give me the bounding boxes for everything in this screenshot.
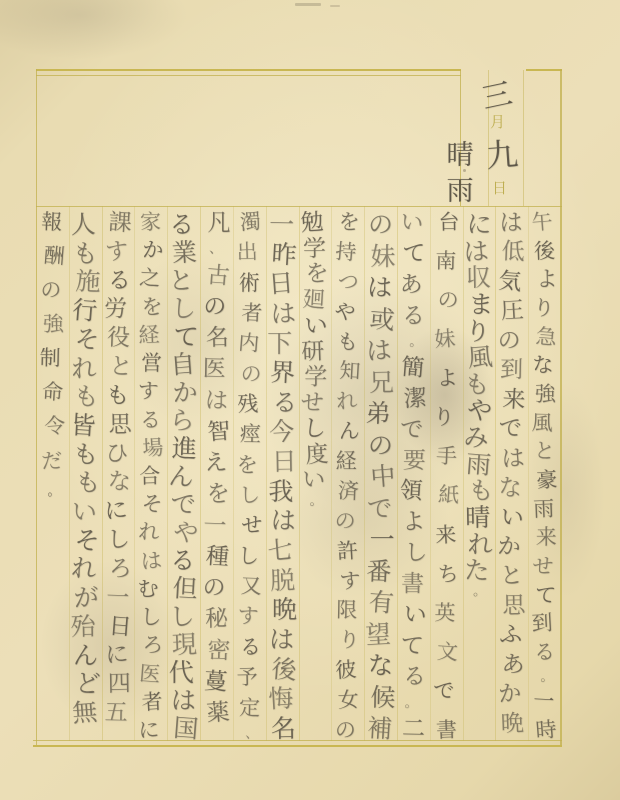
handwritten-char: そ (142, 494, 163, 515)
handwritten-char: 皆 (70, 412, 96, 438)
handwritten-char: 。 (540, 670, 553, 683)
handwriting-column-10: 濁出術者内の残痙をしせし又する予定、 (233, 212, 266, 741)
handwritten-char: い (302, 469, 325, 492)
handwritten-char: の (202, 576, 226, 600)
handwritten-char: り (433, 407, 454, 428)
handwritten-char: 智 (207, 420, 232, 445)
handwritten-char: 家 (140, 212, 161, 233)
handwritten-char: 定 (239, 697, 260, 718)
handwritten-char: い (72, 499, 97, 524)
handwriting-column-14: 課する労役とも思ひなにしろ一日に四五 (102, 212, 135, 725)
handwritten-char: 術 (239, 273, 260, 294)
handwritten-char: 下 (267, 331, 292, 356)
month-label: 月 (490, 115, 505, 130)
handwritten-char: 後 (534, 240, 556, 262)
frame-bottom-outer-line (33, 745, 562, 747)
handwritten-char: に (139, 720, 160, 741)
handwritten-char: に (466, 211, 493, 238)
handwritten-char: 台 (438, 212, 459, 233)
handwritten-char: 残 (237, 394, 258, 415)
handwritten-char: 候 (370, 684, 395, 709)
handwritten-char: す (236, 606, 259, 629)
day-label: 日 (492, 181, 507, 196)
handwritten-char: 昨 (270, 241, 296, 267)
handwritten-char: 現 (171, 632, 197, 658)
handwritten-char: 殆 (70, 614, 95, 639)
handwritten-char: 番 (366, 558, 392, 584)
handwritten-char: と (169, 268, 194, 293)
handwritten-char: し (238, 484, 261, 507)
handwritten-char: 晩 (501, 712, 525, 736)
handwritten-char: 内 (237, 333, 260, 356)
handwritten-char: 来 (536, 527, 557, 548)
handwritten-char: 後 (270, 656, 297, 683)
handwritten-char: 之 (139, 268, 161, 290)
handwritten-char: 強 (535, 384, 556, 405)
handwritten-char: 今 (268, 419, 294, 445)
handwritten-char: し (140, 607, 161, 628)
handwritten-char: つ (337, 271, 359, 293)
handwritten-char: す (138, 381, 160, 403)
handwritten-char: な (499, 477, 522, 500)
handwritten-char: は (463, 238, 489, 264)
handwritten-char: 二 (402, 718, 425, 741)
handwritten-char: 書 (435, 719, 457, 741)
handwritten-char: 弟 (365, 401, 390, 426)
handwritten-char: 出 (236, 242, 258, 264)
handwritten-char: 界 (269, 360, 295, 386)
handwritten-char: て (173, 323, 199, 349)
handwritten-char: の (498, 330, 521, 353)
handwritten-char: 役 (106, 327, 130, 351)
handwritten-char: な (532, 355, 554, 377)
handwritten-char: は (366, 337, 392, 363)
handwritten-char: ん (72, 642, 97, 667)
handwritten-char: 思 (502, 595, 525, 618)
handwritten-char: 営 (141, 353, 162, 374)
handwritten-char: 秘 (205, 608, 228, 631)
handwritten-char: れ (70, 556, 97, 583)
handwritten-char: 、 (245, 727, 259, 741)
handwritten-char: 風 (467, 344, 494, 371)
handwritten-char: 気 (498, 270, 523, 295)
handwriting-column-13: 家か之を経営する場合それはむしろ医者に (134, 212, 167, 741)
handwritten-char: む (138, 578, 160, 600)
handwritten-char: れ (138, 522, 160, 544)
handwritten-char: 酬 (43, 245, 66, 268)
handwritten-char: 低 (501, 241, 525, 265)
handwritten-char: も (73, 241, 98, 266)
handwritten-char: そ (74, 527, 100, 553)
handwritten-char: で (367, 495, 393, 521)
handwritten-char: 午 (531, 211, 554, 234)
handwritten-char: ど (74, 671, 100, 697)
handwritten-char: 。 (404, 697, 417, 710)
handwritten-char: 書 (401, 573, 424, 596)
handwritten-char: 密 (207, 639, 230, 662)
handwritten-char: の (203, 295, 227, 319)
handwritten-char: 一 (370, 527, 395, 552)
handwritten-char: 、 (209, 243, 223, 256)
handwritten-char: せ (241, 515, 263, 537)
handwritten-char: 済 (338, 480, 360, 502)
handwritten-char: 南 (435, 251, 456, 272)
handwritten-char: 又 (240, 576, 262, 598)
handwritten-char: 妹 (433, 328, 456, 351)
handwritten-char: い (403, 604, 427, 628)
handwritten-char: 知 (339, 361, 361, 383)
handwritten-char: 来 (502, 388, 526, 412)
handwritten-char: な (368, 653, 393, 678)
handwritten-char: 蔓 (204, 670, 228, 694)
handwritten-char: り (465, 318, 491, 344)
handwritten-char: て (402, 242, 427, 267)
handwritten-char: か (498, 682, 523, 707)
handwriting-column-5: いてある。簡潔で要領よし書いてる。二 (397, 212, 430, 741)
handwritten-char: も (75, 470, 101, 496)
handwritten-char: 但 (172, 575, 198, 601)
handwritten-char: 濁 (239, 211, 262, 234)
handwritten-char: 一 (269, 212, 294, 237)
handwritten-char: 悔 (267, 686, 293, 712)
handwritten-char: は (140, 550, 163, 573)
handwritten-char: だ (41, 450, 63, 472)
date-column-right-line (523, 70, 524, 206)
handwriting-column-11: 凡、古の名医は智えを一種の秘密蔓薬 (200, 212, 233, 725)
handwritten-char: 合 (139, 466, 160, 487)
handwriting-column-9: 一昨日は下界る今日我は七脱晩は後悔名 (266, 212, 299, 741)
handwritten-char: に (104, 644, 128, 668)
handwritten-char: 領 (399, 480, 423, 504)
handwriting-column-7: を持つやも知れん経済の許す限り彼女の (331, 212, 364, 741)
handwritten-char: ろ (109, 558, 132, 581)
handwritten-char: い (400, 211, 424, 235)
handwritten-char: 手 (435, 446, 457, 468)
handwriting-column-8: 勉学を廻い研学せし度い。 (299, 212, 332, 508)
handwritten-char: か (143, 240, 164, 261)
handwritten-char: 学 (303, 238, 326, 261)
handwritten-char: も (73, 384, 98, 409)
handwritten-char: と (500, 565, 524, 589)
handwritten-char: と (534, 441, 556, 463)
handwritten-char: 有 (368, 589, 395, 616)
handwritten-char: の (437, 290, 459, 312)
handwritten-char: 。 (409, 336, 423, 349)
handwritten-char: 行 (71, 297, 98, 324)
handwritten-char: 名 (270, 716, 295, 741)
handwritten-char: れ (71, 355, 96, 380)
handwritten-char: ち (437, 563, 458, 584)
handwritten-char: 妹 (370, 244, 395, 269)
handwritten-char: も (72, 441, 99, 468)
handwritten-char: し (238, 546, 259, 567)
handwriting-column-15: 人も施行それも皆ももいそれが殆んど無 (69, 212, 102, 725)
handwritten-char: 豪 (536, 469, 559, 492)
handwritten-char: で (499, 417, 524, 442)
diary-page: 三 月 九 日 晴雨 午後より急な強風と豪雨来せて到る。一時は低気圧の到来ではな… (0, 0, 620, 800)
ink-dot (463, 169, 466, 172)
handwritten-char: て (534, 584, 557, 607)
handwritten-char: 収 (466, 265, 491, 290)
handwritten-char: 雨 (533, 498, 555, 520)
handwritten-char: す (104, 240, 129, 265)
handwritten-char: は (499, 212, 522, 235)
handwritten-char: 痙 (239, 424, 260, 445)
handwritten-char: や (173, 520, 198, 545)
handwriting-column-2: は低気圧の到来ではないかと思ふあか晩 (495, 212, 528, 736)
handwriting-column-12: る業として自から進んでやる但し現代は国 (167, 212, 200, 741)
handwritten-char: よ (436, 368, 458, 390)
handwritten-char: る (402, 665, 426, 689)
handwritten-char: よ (536, 269, 557, 290)
handwritten-char: 中 (369, 463, 396, 490)
handwritten-char: 日 (107, 615, 132, 640)
handwritten-char: 五 (104, 702, 127, 725)
handwriting-column-1: 午後より急な強風と豪雨来せて到る。一時 (528, 212, 561, 741)
handwritten-char: 時 (535, 719, 558, 742)
handwritten-char: 医 (202, 358, 225, 381)
handwritten-char: 勉 (300, 211, 324, 235)
handwritten-char: ら (170, 408, 195, 433)
handwritten-char: 日 (267, 270, 294, 297)
handwritten-char: 学 (304, 366, 327, 389)
handwritten-char: の (240, 363, 262, 385)
handwriting-column-16: 報酬の強制命令だ。 (36, 212, 69, 498)
handwritten-char: は (270, 300, 296, 326)
handwritten-char: ひ (105, 442, 128, 465)
handwritten-char: 来 (434, 524, 456, 546)
handwritten-char: 制 (39, 348, 60, 369)
handwritten-char: て (399, 634, 424, 659)
handwritten-char: 労 (104, 298, 127, 321)
handwritten-char: を (338, 212, 360, 234)
handwritten-char: 強 (43, 314, 64, 335)
handwritten-char: 命 (41, 382, 63, 404)
handwritten-char: 廻 (302, 289, 326, 313)
handwritten-char: 限 (336, 600, 357, 621)
handwritten-char: 進 (171, 436, 197, 462)
handwritten-char: る (271, 389, 298, 416)
handwritten-char: を (306, 263, 329, 286)
handwritten-char: の (368, 212, 394, 238)
handwritten-char: え (204, 452, 228, 476)
handwritten-char: 業 (171, 239, 197, 265)
handwritten-char: 兄 (369, 369, 394, 394)
handwritten-char: 古 (206, 264, 231, 289)
handwritten-char: し (169, 603, 196, 630)
handwritten-char: よ (401, 511, 426, 536)
handwritten-char: ま (469, 292, 494, 317)
handwritten-char: 補 (367, 715, 393, 741)
handwritten-char: あ (399, 273, 423, 297)
handwritten-char: 簡 (400, 356, 425, 381)
handwritten-char: 彼 (335, 659, 358, 682)
handwritten-char: 医 (139, 663, 162, 686)
handwritten-char: や (467, 398, 492, 423)
handwritten-char: 女 (338, 690, 360, 712)
handwritten-char: 令 (44, 416, 67, 439)
handwritten-char: 我 (268, 479, 293, 504)
handwritten-char: 。 (47, 485, 60, 498)
handwritten-char: れ (468, 531, 493, 556)
handwritten-char: を (141, 296, 164, 319)
handwritten-char: 英 (434, 602, 455, 623)
handwritten-char: か (497, 535, 522, 560)
handwritten-char: 要 (402, 449, 425, 472)
handwritten-char: せ (532, 555, 554, 577)
handwritten-char: 四 (107, 673, 130, 696)
handwritten-char: 一 (105, 586, 129, 610)
frame-top-inner-line (36, 75, 461, 76)
handwritten-char: 場 (142, 437, 164, 459)
handwritten-char: 思 (108, 414, 131, 437)
handwritten-char: り (533, 298, 555, 320)
handwritten-char: か (172, 380, 198, 406)
handwritten-char: る (169, 211, 196, 238)
handwritten-char: も (464, 371, 490, 397)
handwritten-char: 潔 (403, 387, 427, 411)
handwritten-char: 或 (369, 306, 396, 333)
handwritten-char: 薬 (206, 701, 231, 726)
handwritten-char: せ (301, 392, 325, 416)
handwritten-char: す (339, 570, 360, 591)
handwritten-char: が (73, 584, 99, 610)
handwritten-char: 国 (173, 715, 200, 742)
handwritten-char: 種 (205, 545, 230, 570)
weather-entry: 晴雨 (441, 140, 473, 212)
datebox-top-line (526, 69, 562, 71)
handwritten-char: 報 (41, 212, 63, 234)
handwritten-char: も (337, 331, 358, 352)
handwritten-char: は (171, 688, 197, 714)
handwritten-char: 到 (500, 359, 523, 382)
handwritten-char: 到 (531, 613, 553, 635)
handwritten-char: 圧 (500, 300, 524, 324)
handwritten-char: 施 (75, 269, 101, 295)
handwritten-char: の (367, 432, 393, 458)
handwritten-char: で (170, 491, 196, 517)
handwritten-char: 一 (203, 514, 227, 538)
handwritten-char: の (335, 720, 356, 741)
handwritten-char: 持 (335, 241, 358, 264)
handwritten-char: ろ (142, 635, 164, 657)
handwritten-char: 度 (305, 443, 329, 467)
handwritten-char: は (501, 447, 525, 471)
handwritten-char: 者 (241, 303, 263, 325)
frame-top-outer-line (36, 69, 461, 71)
handwritten-char: な (107, 471, 131, 495)
handwritten-char: は (268, 626, 294, 652)
handwritten-char: た (464, 558, 490, 584)
handwritten-char: る (239, 636, 261, 658)
handwritten-char: 予 (236, 667, 257, 688)
handwritten-char: も (468, 478, 494, 504)
handwriting-column-4: 台南の妹より手紙来ち英文で書 (430, 212, 463, 741)
handwritten-char: 晴 (465, 505, 490, 530)
handwritten-char: る (402, 305, 425, 328)
handwritten-char: は (204, 389, 228, 413)
handwritten-char: も (105, 384, 129, 408)
handwritten-char: り (338, 630, 360, 652)
handwritten-char: 。 (473, 584, 487, 598)
handwritten-char: で (400, 418, 423, 441)
handwritten-char: し (303, 417, 328, 442)
handwritten-char: 経 (138, 324, 160, 346)
handwritten-char: る (107, 269, 131, 293)
month-value: 三 (479, 79, 515, 115)
handwritten-char: 晩 (272, 597, 297, 622)
handwritten-char: 風 (531, 412, 552, 433)
handwritten-char: 無 (71, 699, 98, 726)
handwritten-char: は (270, 508, 296, 534)
handwritten-char: 日 (271, 449, 296, 474)
handwritten-char: そ (74, 326, 100, 352)
handwriting-column-6: の妹は或は兄弟の中で一番有望な候補 (364, 212, 397, 741)
handwritten-char: で (432, 680, 455, 703)
handwritten-char: や (335, 301, 356, 322)
handwritten-char: 凡 (207, 212, 230, 235)
handwritten-char: い (501, 506, 525, 530)
handwritten-char: 一 (533, 691, 555, 713)
handwritten-char: の (40, 280, 62, 302)
handwritten-char: 脱 (269, 567, 295, 593)
handwritten-char: る (170, 548, 195, 573)
handwritten-char: 許 (337, 540, 359, 562)
handwritten-char: は (367, 275, 393, 301)
paper-speck (330, 5, 340, 7)
handwritten-char: 自 (169, 351, 196, 378)
handwritten-char: 望 (365, 621, 391, 647)
paper-speck (295, 3, 321, 6)
handwritten-char: 人 (70, 212, 96, 238)
handwritten-char: し (106, 529, 130, 553)
handwritten-char: 課 (107, 211, 131, 235)
paper-stain (0, 0, 190, 60)
handwritten-char: の (334, 510, 357, 533)
handwritten-char: ん (338, 421, 360, 443)
handwritten-char: 七 (266, 537, 293, 564)
handwritten-char: を (207, 483, 230, 506)
handwritten-char: ん (168, 463, 195, 490)
handwritten-char: 紙 (437, 485, 460, 508)
handwritten-char: 名 (206, 327, 229, 350)
handwritten-char: み (464, 425, 490, 451)
handwritten-char: あ (501, 653, 525, 677)
handwritten-char: 者 (141, 691, 163, 713)
handwritten-char: に (103, 499, 128, 524)
handwritten-char: 。 (310, 495, 323, 508)
handwritten-char: と (108, 355, 133, 380)
handwritten-char: 研 (301, 340, 325, 364)
handwritten-char: る (534, 642, 555, 663)
weather-text: 晴雨 (444, 140, 471, 212)
handwritten-char: し (404, 542, 428, 566)
handwritten-char: を (236, 454, 258, 476)
handwritten-char: 経 (336, 451, 357, 472)
handwriting-column-3: には収まり風もやみ雨も晴れた。 (463, 212, 496, 598)
day-value: 九 (485, 138, 519, 172)
handwritten-char: し (171, 296, 196, 321)
handwritten-char: 代 (169, 660, 194, 685)
handwritten-char: 雨 (466, 451, 493, 478)
handwritten-char: い (304, 314, 329, 339)
handwritten-char: 文 (436, 641, 458, 663)
handwritten-char: る (140, 409, 163, 432)
handwritten-char: 急 (535, 326, 558, 349)
handwritten-char: ふ (499, 624, 522, 647)
handwritten-char: れ (336, 390, 359, 413)
